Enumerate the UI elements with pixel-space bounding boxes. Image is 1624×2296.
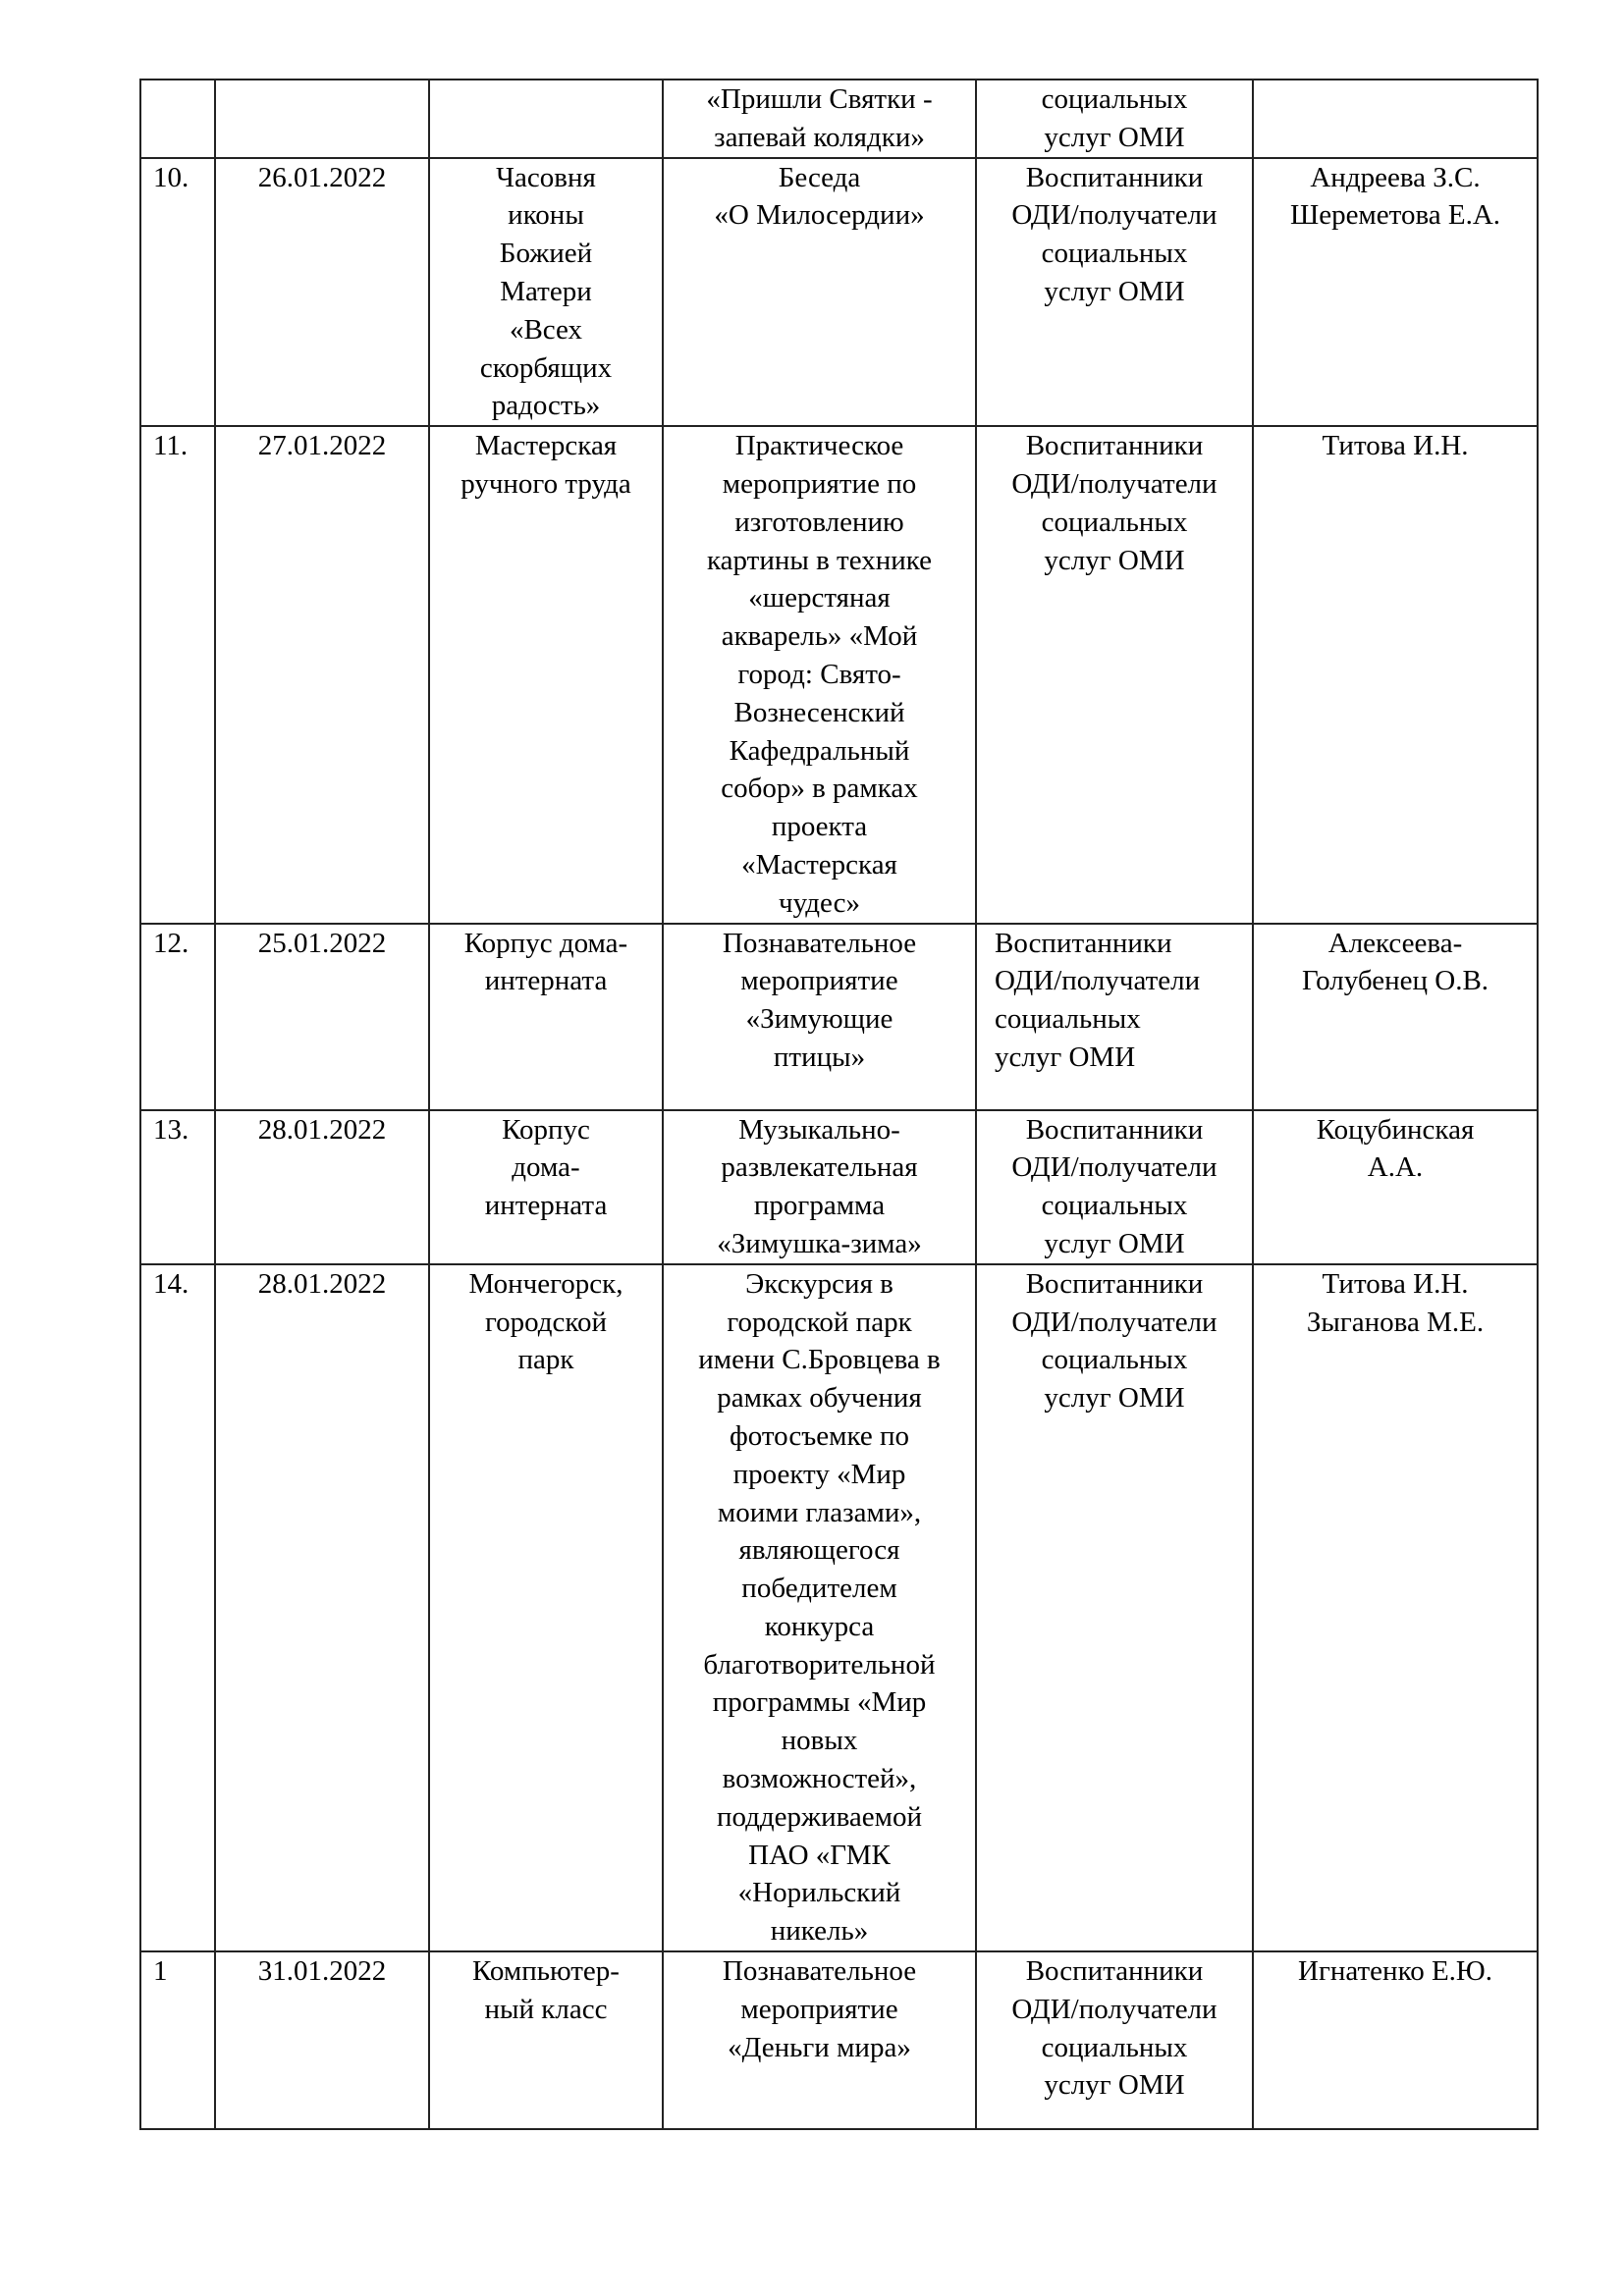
location-line: «Всех [434, 311, 658, 349]
participants-line: Воспитанники [981, 1952, 1248, 1991]
event-line: моими глазами», [668, 1494, 971, 1532]
participants-line: ОДИ/получатели [981, 1148, 1248, 1187]
event-cell: Музыкально-развлекательнаяпрограмма«Зиму… [663, 1110, 976, 1264]
event-line: Музыкально- [668, 1111, 971, 1149]
event-line: акварель» «Мой [668, 617, 971, 656]
event-line: рамках обучения [668, 1379, 971, 1417]
location-line: Компьютер- [434, 1952, 658, 1991]
location-cell: Корпусдома-интерната [429, 1110, 663, 1264]
responsible-cell: Титова И.Н. [1253, 426, 1538, 923]
participants-line: социальных [995, 1000, 1248, 1039]
participants-line: социальных [981, 80, 1248, 119]
table-row: «Пришли Святки -запевай колядки»социальн… [140, 80, 1538, 158]
table-row: 14.28.01.2022Мончегорск,городскойпаркЭкс… [140, 1264, 1538, 1951]
participants-line: услуг ОМИ [981, 2066, 1248, 2105]
responsible-line: Шереметова Е.А. [1258, 196, 1533, 235]
responsible-line: Алексеева- [1258, 925, 1533, 963]
event-line: ПАО «ГМК [668, 1837, 971, 1875]
location-line: дома- [434, 1148, 658, 1187]
event-line: новых [668, 1722, 971, 1760]
location-line: Матери [434, 273, 658, 311]
event-cell: «Пришли Святки -запевай колядки» [663, 80, 976, 158]
participants-line: услуг ОМИ [981, 119, 1248, 157]
location-line: скорбящих [434, 349, 658, 388]
responsible-cell [1253, 80, 1538, 158]
table-row: 12.25.01.2022Корпус дома-интернатаПознав… [140, 924, 1538, 1110]
participants-line: Воспитанники [981, 1265, 1248, 1304]
event-line: картины в технике [668, 542, 971, 580]
event-line: птицы» [668, 1039, 971, 1077]
date-cell: 28.01.2022 [215, 1110, 429, 1264]
location-line: интерната [434, 962, 658, 1000]
location-line: интерната [434, 1187, 658, 1225]
event-line: запевай колядки» [668, 119, 971, 157]
responsible-cell: КоцубинскаяА.А. [1253, 1110, 1538, 1264]
location-line: парк [434, 1341, 658, 1379]
location-line: ручного труда [434, 465, 658, 504]
row-number-cell: 13. [140, 1110, 215, 1264]
event-line: Кафедральный [668, 732, 971, 771]
event-line: развлекательная [668, 1148, 971, 1187]
event-line: имени С.Бровцева в [668, 1341, 971, 1379]
participants-line: ОДИ/получатели [981, 1991, 1248, 2029]
event-cell: Познавательноемероприятие«Деньги мира» [663, 1951, 976, 2129]
event-line: поддерживаемой [668, 1798, 971, 1837]
participants-cell: ВоспитанникиОДИ/получателисоциальныхуслу… [976, 1264, 1253, 1951]
date-cell: 26.01.2022 [215, 158, 429, 427]
event-line: изготовлению [668, 504, 971, 542]
event-line: программы «Мир [668, 1683, 971, 1722]
responsible-line: Титова И.Н. [1258, 1265, 1533, 1304]
participants-line: социальных [981, 1187, 1248, 1225]
participants-line: услуг ОМИ [995, 1039, 1248, 1077]
participants-cell: социальныхуслуг ОМИ [976, 80, 1253, 158]
table-row: 11.27.01.2022Мастерскаяручного трудаПрак… [140, 426, 1538, 923]
event-line: мероприятие [668, 962, 971, 1000]
responsible-line: Коцубинская [1258, 1111, 1533, 1149]
participants-line: Воспитанники [995, 925, 1248, 963]
event-line: Познавательное [668, 1952, 971, 1991]
location-cell: Мончегорск,городскойпарк [429, 1264, 663, 1951]
responsible-line: Зыганова М.Е. [1258, 1304, 1533, 1342]
responsible-line: Титова И.Н. [1258, 427, 1533, 465]
event-line: Беседа [668, 159, 971, 197]
event-line: проекта [668, 808, 971, 846]
location-cell [429, 80, 663, 158]
responsible-line: А.А. [1258, 1148, 1533, 1187]
participants-line: Воспитанники [981, 1111, 1248, 1149]
location-line: городской [434, 1304, 658, 1342]
participants-line: Воспитанники [981, 159, 1248, 197]
event-line: проекту «Мир [668, 1456, 971, 1494]
participants-line: ОДИ/получатели [981, 196, 1248, 235]
location-line: Корпус [434, 1111, 658, 1149]
event-cell: Беседа«О Милосердии» [663, 158, 976, 427]
location-cell: ЧасовняиконыБожиейМатери«Всехскорбящихра… [429, 158, 663, 427]
row-number-cell: 10. [140, 158, 215, 427]
responsible-cell: Титова И.Н.Зыганова М.Е. [1253, 1264, 1538, 1951]
table-body: «Пришли Святки -запевай колядки»социальн… [140, 80, 1538, 2129]
participants-line: социальных [981, 504, 1248, 542]
event-line: конкурса [668, 1608, 971, 1646]
row-number-cell: 14. [140, 1264, 215, 1951]
participants-line: социальных [981, 235, 1248, 273]
event-line: «Норильский [668, 1874, 971, 1912]
event-line: благотворительной [668, 1646, 971, 1684]
participants-line: ОДИ/получатели [981, 465, 1248, 504]
event-line: «О Милосердии» [668, 196, 971, 235]
location-line: иконы [434, 196, 658, 235]
responsible-line: Андреева З.С. [1258, 159, 1533, 197]
location-line: Корпус дома- [434, 925, 658, 963]
date-cell: 27.01.2022 [215, 426, 429, 923]
responsible-line: Голубенец О.В. [1258, 962, 1533, 1000]
location-cell: Компьютер-ный класс [429, 1951, 663, 2129]
row-number-cell: 11. [140, 426, 215, 923]
location-line: Мастерская [434, 427, 658, 465]
event-line: «Зимушка-зима» [668, 1225, 971, 1263]
date-cell: 25.01.2022 [215, 924, 429, 1110]
event-line: являющегося [668, 1531, 971, 1570]
table-row: 131.01.2022Компьютер-ный классПознавател… [140, 1951, 1538, 2129]
location-cell: Корпус дома-интерната [429, 924, 663, 1110]
location-cell: Мастерскаяручного труда [429, 426, 663, 923]
location-line: радость» [434, 387, 658, 425]
event-line: победителем [668, 1570, 971, 1608]
location-line: Мончегорск, [434, 1265, 658, 1304]
date-cell [215, 80, 429, 158]
row-number-cell: 12. [140, 924, 215, 1110]
event-line: «Деньги мира» [668, 2029, 971, 2067]
event-line: собор» в рамках [668, 770, 971, 808]
participants-cell: ВоспитанникиОДИ/получателисоциальныхуслу… [976, 924, 1253, 1110]
event-line: город: Свято- [668, 656, 971, 694]
date-cell: 28.01.2022 [215, 1264, 429, 1951]
participants-line: социальных [981, 2029, 1248, 2067]
document-page: «Пришли Святки -запевай колядки»социальн… [0, 0, 1624, 2296]
participants-line: ОДИ/получатели [995, 962, 1248, 1000]
row-number-cell: 1 [140, 1951, 215, 2129]
event-line: мероприятие [668, 1991, 971, 2029]
participants-line: ОДИ/получатели [981, 1304, 1248, 1342]
event-line: «Пришли Святки - [668, 80, 971, 119]
responsible-cell: Алексеева-Голубенец О.В. [1253, 924, 1538, 1110]
responsible-cell: Андреева З.С.Шереметова Е.А. [1253, 158, 1538, 427]
events-schedule-table: «Пришли Святки -запевай колядки»социальн… [139, 79, 1539, 2130]
event-line: Вознесенский [668, 694, 971, 732]
event-cell: Практическоемероприятие поизготовлениюка… [663, 426, 976, 923]
table-row: 13.28.01.2022Корпусдома-интернатаМузыкал… [140, 1110, 1538, 1264]
participants-line: услуг ОМИ [981, 273, 1248, 311]
row-number-cell [140, 80, 215, 158]
event-line: городской парк [668, 1304, 971, 1342]
event-line: Практическое [668, 427, 971, 465]
event-line: Экскурсия в [668, 1265, 971, 1304]
event-cell: Познавательноемероприятие«Зимующиептицы» [663, 924, 976, 1110]
location-line: Божией [434, 235, 658, 273]
participants-line: услуг ОМИ [981, 1225, 1248, 1263]
participants-cell: ВоспитанникиОДИ/получателисоциальныхуслу… [976, 1110, 1253, 1264]
event-cell: Экскурсия вгородской паркимени С.Бровцев… [663, 1264, 976, 1951]
table-row: 10.26.01.2022ЧасовняиконыБожиейМатери«Вс… [140, 158, 1538, 427]
participants-line: Воспитанники [981, 427, 1248, 465]
date-cell: 31.01.2022 [215, 1951, 429, 2129]
location-line: ный класс [434, 1991, 658, 2029]
event-line: «шерстяная [668, 579, 971, 617]
event-line: «Зимующие [668, 1000, 971, 1039]
event-line: программа [668, 1187, 971, 1225]
participants-line: услуг ОМИ [981, 542, 1248, 580]
event-line: мероприятие по [668, 465, 971, 504]
responsible-line: Игнатенко Е.Ю. [1258, 1952, 1533, 1991]
event-line: Познавательное [668, 925, 971, 963]
participants-line: социальных [981, 1341, 1248, 1379]
event-line: никель» [668, 1912, 971, 1950]
event-line: возможностей», [668, 1760, 971, 1798]
location-line: Часовня [434, 159, 658, 197]
responsible-cell: Игнатенко Е.Ю. [1253, 1951, 1538, 2129]
event-line: фотосъемке по [668, 1417, 971, 1456]
participants-line: услуг ОМИ [981, 1379, 1248, 1417]
participants-cell: ВоспитанникиОДИ/получателисоциальныхуслу… [976, 1951, 1253, 2129]
event-line: «Мастерская [668, 846, 971, 884]
participants-cell: ВоспитанникиОДИ/получателисоциальныхуслу… [976, 426, 1253, 923]
event-line: чудес» [668, 884, 971, 923]
participants-cell: ВоспитанникиОДИ/получателисоциальныхуслу… [976, 158, 1253, 427]
